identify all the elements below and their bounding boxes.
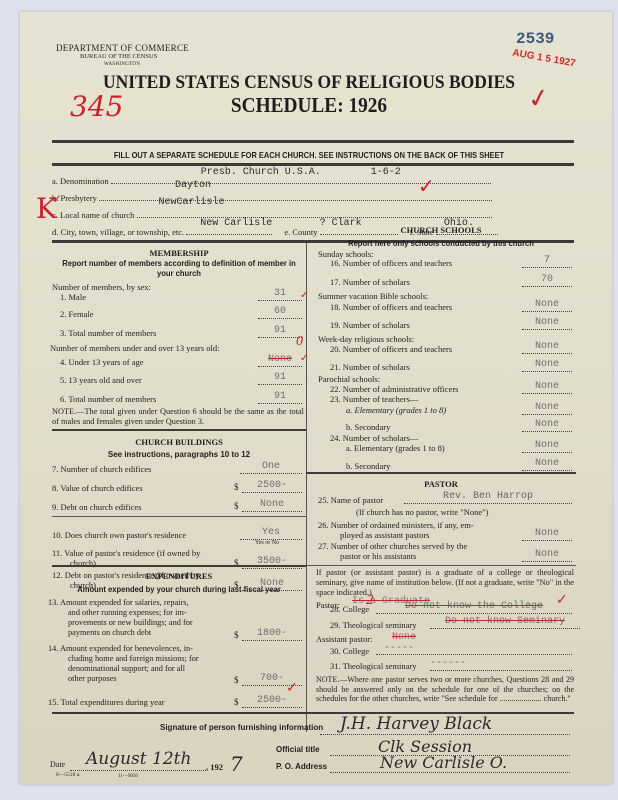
teachers-secondary-count[interactable]: None (522, 419, 572, 432)
teachers-label: 23. Number of teachers— (330, 394, 418, 404)
admin-officers-label: 22. Number of administrative officers (330, 384, 459, 394)
admin-officers-count[interactable]: None (522, 381, 572, 394)
pastor-heading: PASTOR (306, 479, 576, 489)
signature-line (320, 734, 570, 735)
asst-pastor-value[interactable]: None (392, 632, 416, 643)
parochial-schools-label: Parochial schools: (318, 374, 380, 384)
department-name: DEPARTMENT OF COMMERCE (56, 43, 189, 53)
scholars-elementary-label: a. Elementary (grades 1 to 8) (346, 443, 445, 453)
divider (52, 516, 306, 517)
year-prefix: , 192 (206, 762, 223, 772)
edifices-debt-label: 9. Debt on church edifices (52, 502, 141, 512)
denomination-value[interactable]: Presb. Church U.S.A. (201, 167, 321, 178)
other-churches-label-cont: pastor or his assistants (340, 551, 416, 561)
male-count[interactable]: 31 (258, 288, 302, 301)
total-members-age-count[interactable]: 91 (258, 391, 302, 404)
buildings-subtitle: See instructions, paragraphs 10 to 12 (52, 450, 306, 459)
scholars-secondary-label: b. Secondary (346, 461, 390, 471)
teachers-secondary-label: b. Secondary (346, 422, 390, 432)
divider (52, 429, 306, 431)
denomination-label: a. Denomination (52, 176, 109, 186)
checkmark-icon: ✓ (300, 353, 308, 364)
total-members-age-label: 6. Total number of members (60, 394, 156, 404)
summer-schools-label: Summer vacation Bible schools: (318, 291, 428, 301)
seminary-value[interactable]: Do not know Seminary (430, 616, 580, 629)
divider (52, 565, 306, 567)
male-label: 1. Male (60, 292, 86, 302)
scholars-secondary-count[interactable]: None (522, 458, 572, 471)
instruction-line: FILL OUT A SEPARATE SCHEDULE FOR EACH CH… (31, 150, 587, 160)
date-line (70, 770, 206, 771)
edifices-value-label: 8. Value of church edifices (52, 483, 143, 493)
weekday-officers-label: 20. Number of officers and teachers (330, 344, 452, 354)
salaries-label: 13. Amount expended for salaries, repair… (48, 598, 238, 638)
membership-subtitle: Report number of members according to de… (58, 259, 299, 279)
city-label: d. City, town, village, or township, etc… (52, 227, 184, 237)
yes-no-hint: Yes or No (255, 540, 279, 546)
red-pencil-mark: 0 (296, 334, 303, 350)
dollar-sign: $ (234, 675, 239, 685)
ordained-label-cont: ployed as assistant pastors (340, 530, 429, 540)
city-value[interactable]: New Carlisle (200, 218, 272, 229)
buildings-heading: CHURCH BUILDINGS (52, 437, 306, 447)
dollar-sign: $ (234, 501, 239, 511)
schools-subtitle: Report here only schools conducted by th… (313, 239, 570, 248)
checkmark-icon: ✓ (300, 290, 308, 301)
asst-college-value[interactable]: ----- (376, 643, 572, 655)
schools-heading: CHURCH SCHOOLS (306, 225, 576, 235)
dollar-sign: $ (234, 697, 239, 707)
po-address-value[interactable]: New Carlisle O. (380, 753, 507, 772)
edifices-value[interactable]: 2500- (242, 480, 302, 493)
scholars-label: 24. Number of scholars— (330, 433, 418, 443)
divider (52, 712, 574, 714)
college-value[interactable]: Do not know the College (376, 601, 572, 614)
year-value[interactable]: 7 (230, 752, 243, 776)
bureau-name: BUREAU OF THE CENSUS (80, 53, 157, 60)
signature-label: Signature of person furnishing informati… (160, 723, 323, 732)
city-name: WASHINGTON (104, 62, 140, 67)
expenditures-subtitle: Amount expended by your church during la… (58, 585, 299, 594)
residence-value[interactable]: 3500- (242, 556, 302, 569)
other-churches-label: 27. Number of other churches served by t… (318, 541, 467, 551)
weekday-schools-label: Week-day religious schools: (318, 334, 414, 344)
ordained-count[interactable]: None (522, 528, 572, 541)
expenditures-heading: EXPENDITURES (52, 571, 306, 581)
membership-heading: MEMBERSHIP (52, 248, 306, 258)
date-label: Date (50, 760, 65, 769)
asst-college-label: 30. College (330, 646, 369, 656)
owns-residence-value[interactable]: Yes (240, 527, 302, 540)
under-13-label: 4. Under 13 years of age (60, 357, 144, 367)
over-13-count[interactable]: 91 (258, 372, 302, 385)
asst-seminary-label: 31. Theological seminary (330, 661, 416, 671)
membership-note: NOTE.—The total given under Question 6 s… (52, 407, 304, 427)
address-line (330, 772, 570, 773)
age-label: Number of members under and over 13 year… (50, 343, 219, 353)
edifices-count[interactable]: One (240, 461, 302, 474)
form-code: 8—5518 a. (56, 772, 80, 778)
sunday-scholars-label: 17. Number of scholars (330, 277, 410, 287)
presbytery-value[interactable]: Dayton (175, 180, 211, 191)
college-label: 28. College (330, 604, 369, 614)
residence-value-label: 11. Value of pastor's residence (if owne… (52, 548, 200, 558)
summer-officers-count[interactable]: None (522, 299, 572, 312)
signature-value[interactable]: J.H. Harvey Black (340, 714, 492, 734)
sunday-scholars-count[interactable]: 70 (522, 274, 572, 287)
female-count[interactable]: 60 (258, 306, 302, 319)
dollar-sign: $ (234, 630, 239, 640)
benevolences-label: 14. Amount expended for benevolences, in… (48, 644, 238, 684)
weekday-officers-count[interactable]: None (522, 341, 572, 354)
edifices-count-label: 7. Number of church edifices (52, 464, 151, 474)
checkmark-icon: ✓ (418, 174, 435, 199)
pastor-name-value[interactable]: Rev. Ben Harrop (404, 491, 572, 504)
teachers-elementary-label: a. Elementary (grades 1 to 8) (346, 405, 446, 415)
print-code: 11—9056 (118, 774, 138, 779)
pastor-name-hint: (If church has no pastor, write "None") (356, 507, 488, 517)
asst-pastor-label: Assistant pastor: (316, 634, 372, 644)
pastor-note: NOTE.—Where one pastor serves two or mor… (316, 675, 574, 704)
over-13-label: 5. 13 years old and over (60, 375, 142, 385)
teachers-elementary-count[interactable]: None (522, 402, 572, 415)
divider (306, 472, 576, 474)
divider (306, 565, 576, 566)
checkmark-icon: ✓ (52, 192, 62, 207)
divider (52, 163, 574, 166)
ordained-label: 26. Number of ordained ministers, if any… (318, 520, 474, 530)
summer-scholars-count[interactable]: None (522, 317, 572, 330)
under-13-count[interactable]: None (258, 354, 302, 367)
divider (52, 140, 574, 143)
local-name-label: c. Local name of church (52, 210, 134, 220)
salaries-amount[interactable]: 1800- (242, 628, 302, 641)
female-label: 2. Female (60, 309, 94, 319)
weekday-scholars-label: 21. Number of scholars (330, 362, 410, 372)
owns-residence-label: 10. Does church own pastor's residence (52, 530, 186, 540)
summer-scholars-label: 19. Number of scholars (330, 320, 410, 330)
checkmark-icon: ✓ (286, 680, 298, 697)
official-title-label: Official title (276, 745, 320, 754)
date-value[interactable]: August 12th (86, 749, 191, 769)
local-name-value[interactable]: NewCarlisle (159, 197, 225, 208)
by-sex-label: Number of members, by sex: (52, 282, 151, 292)
other-churches-count[interactable]: None (522, 549, 572, 562)
dollar-sign: $ (234, 482, 239, 492)
sunday-officers-label: 16. Number of officers and teachers (330, 258, 452, 268)
total-expenditures-label: 15. Total expenditures during year (48, 697, 165, 707)
weekday-scholars-count[interactable]: None (522, 359, 572, 372)
seminary-label: 29. Theological seminary (330, 620, 416, 630)
asst-seminary-value[interactable]: ------ (430, 658, 572, 671)
po-address-label: P. O. Address (276, 762, 327, 771)
graduate-note: If pastor (or assistant pastor) is a gra… (316, 568, 574, 598)
sunday-officers-count[interactable]: 7 (522, 255, 572, 268)
total-members-label: 3. Total number of members (60, 328, 156, 338)
stamp-number: 2539 (516, 30, 554, 48)
summer-officers-label: 18. Number of officers and teachers (330, 302, 452, 312)
pastor-name-label: 25. Name of pastor (318, 495, 383, 505)
handwritten-number: 345 (70, 90, 123, 123)
denomination-code: 1-6-2 (371, 167, 401, 178)
edifices-debt[interactable]: None (242, 499, 302, 512)
scholars-elementary-count[interactable]: None (522, 440, 572, 453)
